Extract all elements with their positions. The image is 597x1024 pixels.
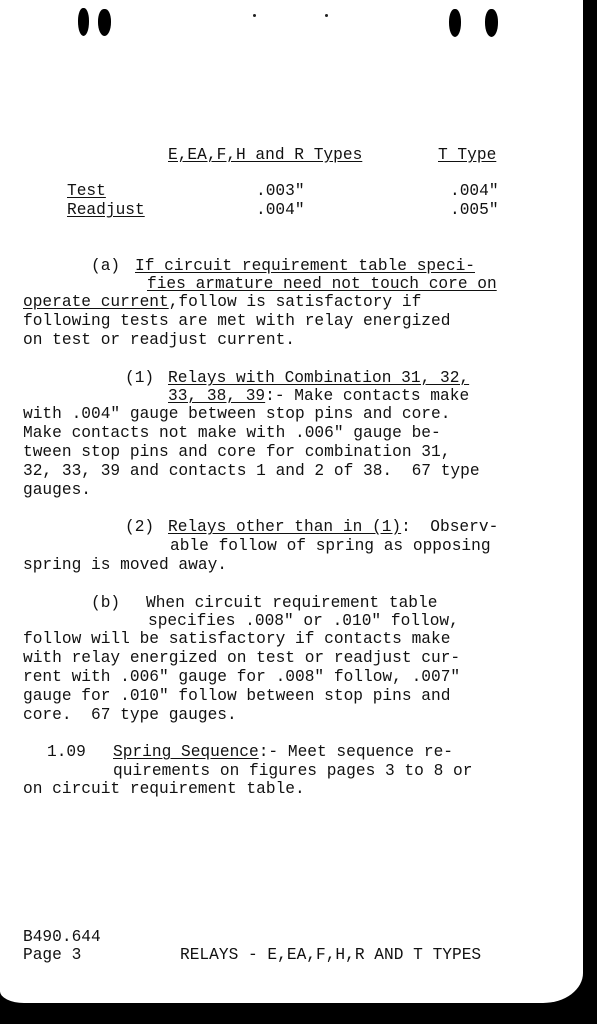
punch-hole	[449, 9, 461, 37]
punch-hole	[78, 8, 89, 36]
para-b-line: specifies .008" or .010" follow,	[148, 612, 459, 630]
para-1-line: Make contacts not make with .006" gauge …	[23, 424, 441, 442]
para-1-line: tween stop pins and core for combination…	[23, 443, 450, 461]
table-cell: .003"	[256, 182, 305, 200]
table-row-label: Test	[67, 182, 106, 200]
para-2-heading: Relays other than in (1)	[168, 518, 401, 536]
document-page: E,EA,F,H and R Types T Type Test .003" .…	[0, 0, 583, 1003]
para-2-line: able follow of spring as opposing	[170, 537, 491, 555]
page-number: Page 3	[23, 946, 81, 964]
para-b-line: rent with .006" gauge for .008" follow, …	[23, 668, 460, 686]
para-a-line: If circuit requirement table speci-	[135, 257, 475, 275]
para-1-line: with .004" gauge between stop pins and c…	[23, 405, 450, 423]
table-header-col2: T Type	[438, 146, 496, 164]
para-2-marker: (2)	[125, 518, 154, 536]
para-a-line: on test or readjust current.	[23, 331, 295, 349]
para-2-line: spring is moved away.	[23, 556, 227, 574]
punch-hole	[98, 9, 111, 36]
para-a-underlined: operate current	[23, 293, 169, 311]
para-b-line: gauge for .010" follow between stop pins…	[23, 687, 450, 705]
doc-number: B490.644	[23, 928, 101, 946]
speck	[253, 14, 256, 17]
para-b-line: follow will be satisfactory if contacts …	[23, 630, 450, 648]
page-footer-title: RELAYS - E,EA,F,H,R AND T TYPES	[180, 946, 481, 964]
para-1-marker: (1)	[125, 369, 154, 387]
para-1-line: 32, 33, 39 and contacts 1 and 2 of 38. 6…	[23, 462, 480, 480]
para-1-rest: :- Make contacts make	[265, 387, 469, 405]
para-b-line: with relay energized on test or readjust…	[23, 649, 460, 667]
section-number: 1.09	[47, 743, 86, 761]
para-2-heading-line: Relays other than in (1): Observ-	[168, 518, 498, 536]
section-line: on circuit requirement table.	[23, 780, 305, 798]
table-cell: .005"	[450, 201, 499, 219]
para-a-line: following tests are met with relay energ…	[23, 312, 450, 330]
para-a-line: operate current,follow is satisfactory i…	[23, 293, 421, 311]
table-cell: .004"	[450, 182, 499, 200]
para-b-marker: (b)	[91, 594, 120, 612]
speck	[325, 14, 328, 17]
table-header-col1: E,EA,F,H and R Types	[168, 146, 362, 164]
para-a-rest: ,follow is satisfactory if	[169, 293, 422, 311]
para-1-heading: Relays with Combination 31, 32,	[168, 369, 469, 387]
para-b-line: When circuit requirement table	[146, 594, 437, 612]
section-line: quirements on figures pages 3 to 8 or	[113, 762, 472, 780]
section-heading: Spring Sequence	[113, 743, 259, 761]
para-1-heading-line2: 33, 38, 39:- Make contacts make	[168, 387, 469, 405]
table-cell: .004"	[256, 201, 305, 219]
punch-hole	[485, 9, 498, 37]
table-row-label: Readjust	[67, 201, 145, 219]
section-heading-line: Spring Sequence:- Meet sequence re-	[113, 743, 453, 761]
section-heading-rest: :- Meet sequence re-	[259, 743, 453, 761]
para-1-line: gauges.	[23, 481, 91, 499]
para-a-marker: (a)	[91, 257, 120, 275]
para-1-heading: 33, 38, 39	[168, 387, 265, 405]
para-2-rest: : Observ-	[401, 518, 498, 536]
para-b-line: core. 67 type gauges.	[23, 706, 237, 724]
para-a-line: fies armature need not touch core on	[147, 275, 497, 293]
